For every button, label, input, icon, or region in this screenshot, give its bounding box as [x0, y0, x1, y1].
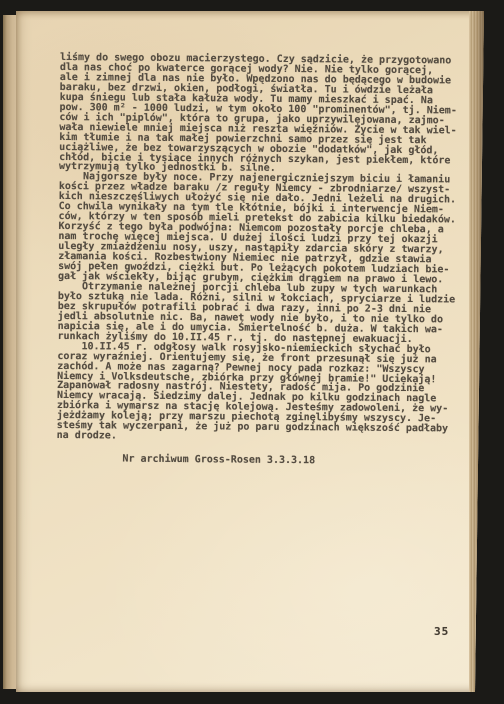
archive-number-line: Nr archiwum Gross-Rosen 3.3.3.18	[122, 455, 458, 468]
paragraph-3: Otrzymanie należnej porcji chleba lub zu…	[57, 282, 460, 345]
document-page: liśmy do swego obozu macierzystego. Czy …	[16, 11, 484, 692]
page-stack-edge	[469, 11, 484, 692]
paragraph-2: Najgorsze były noce. Przy najenergicznie…	[58, 172, 461, 285]
book-binding-edge	[3, 15, 16, 689]
paragraph-4: 10.II.45 r. odgłosy walk rosyjsko-niemie…	[57, 342, 460, 445]
scanned-book-photo: liśmy do swego obozu macierzystego. Czy …	[0, 0, 504, 704]
paragraph-1: liśmy do swego obozu macierzystego. Czy …	[59, 53, 462, 176]
page-number: 35	[434, 626, 449, 638]
typewritten-text: liśmy do swego obozu macierzystego. Czy …	[56, 53, 462, 468]
